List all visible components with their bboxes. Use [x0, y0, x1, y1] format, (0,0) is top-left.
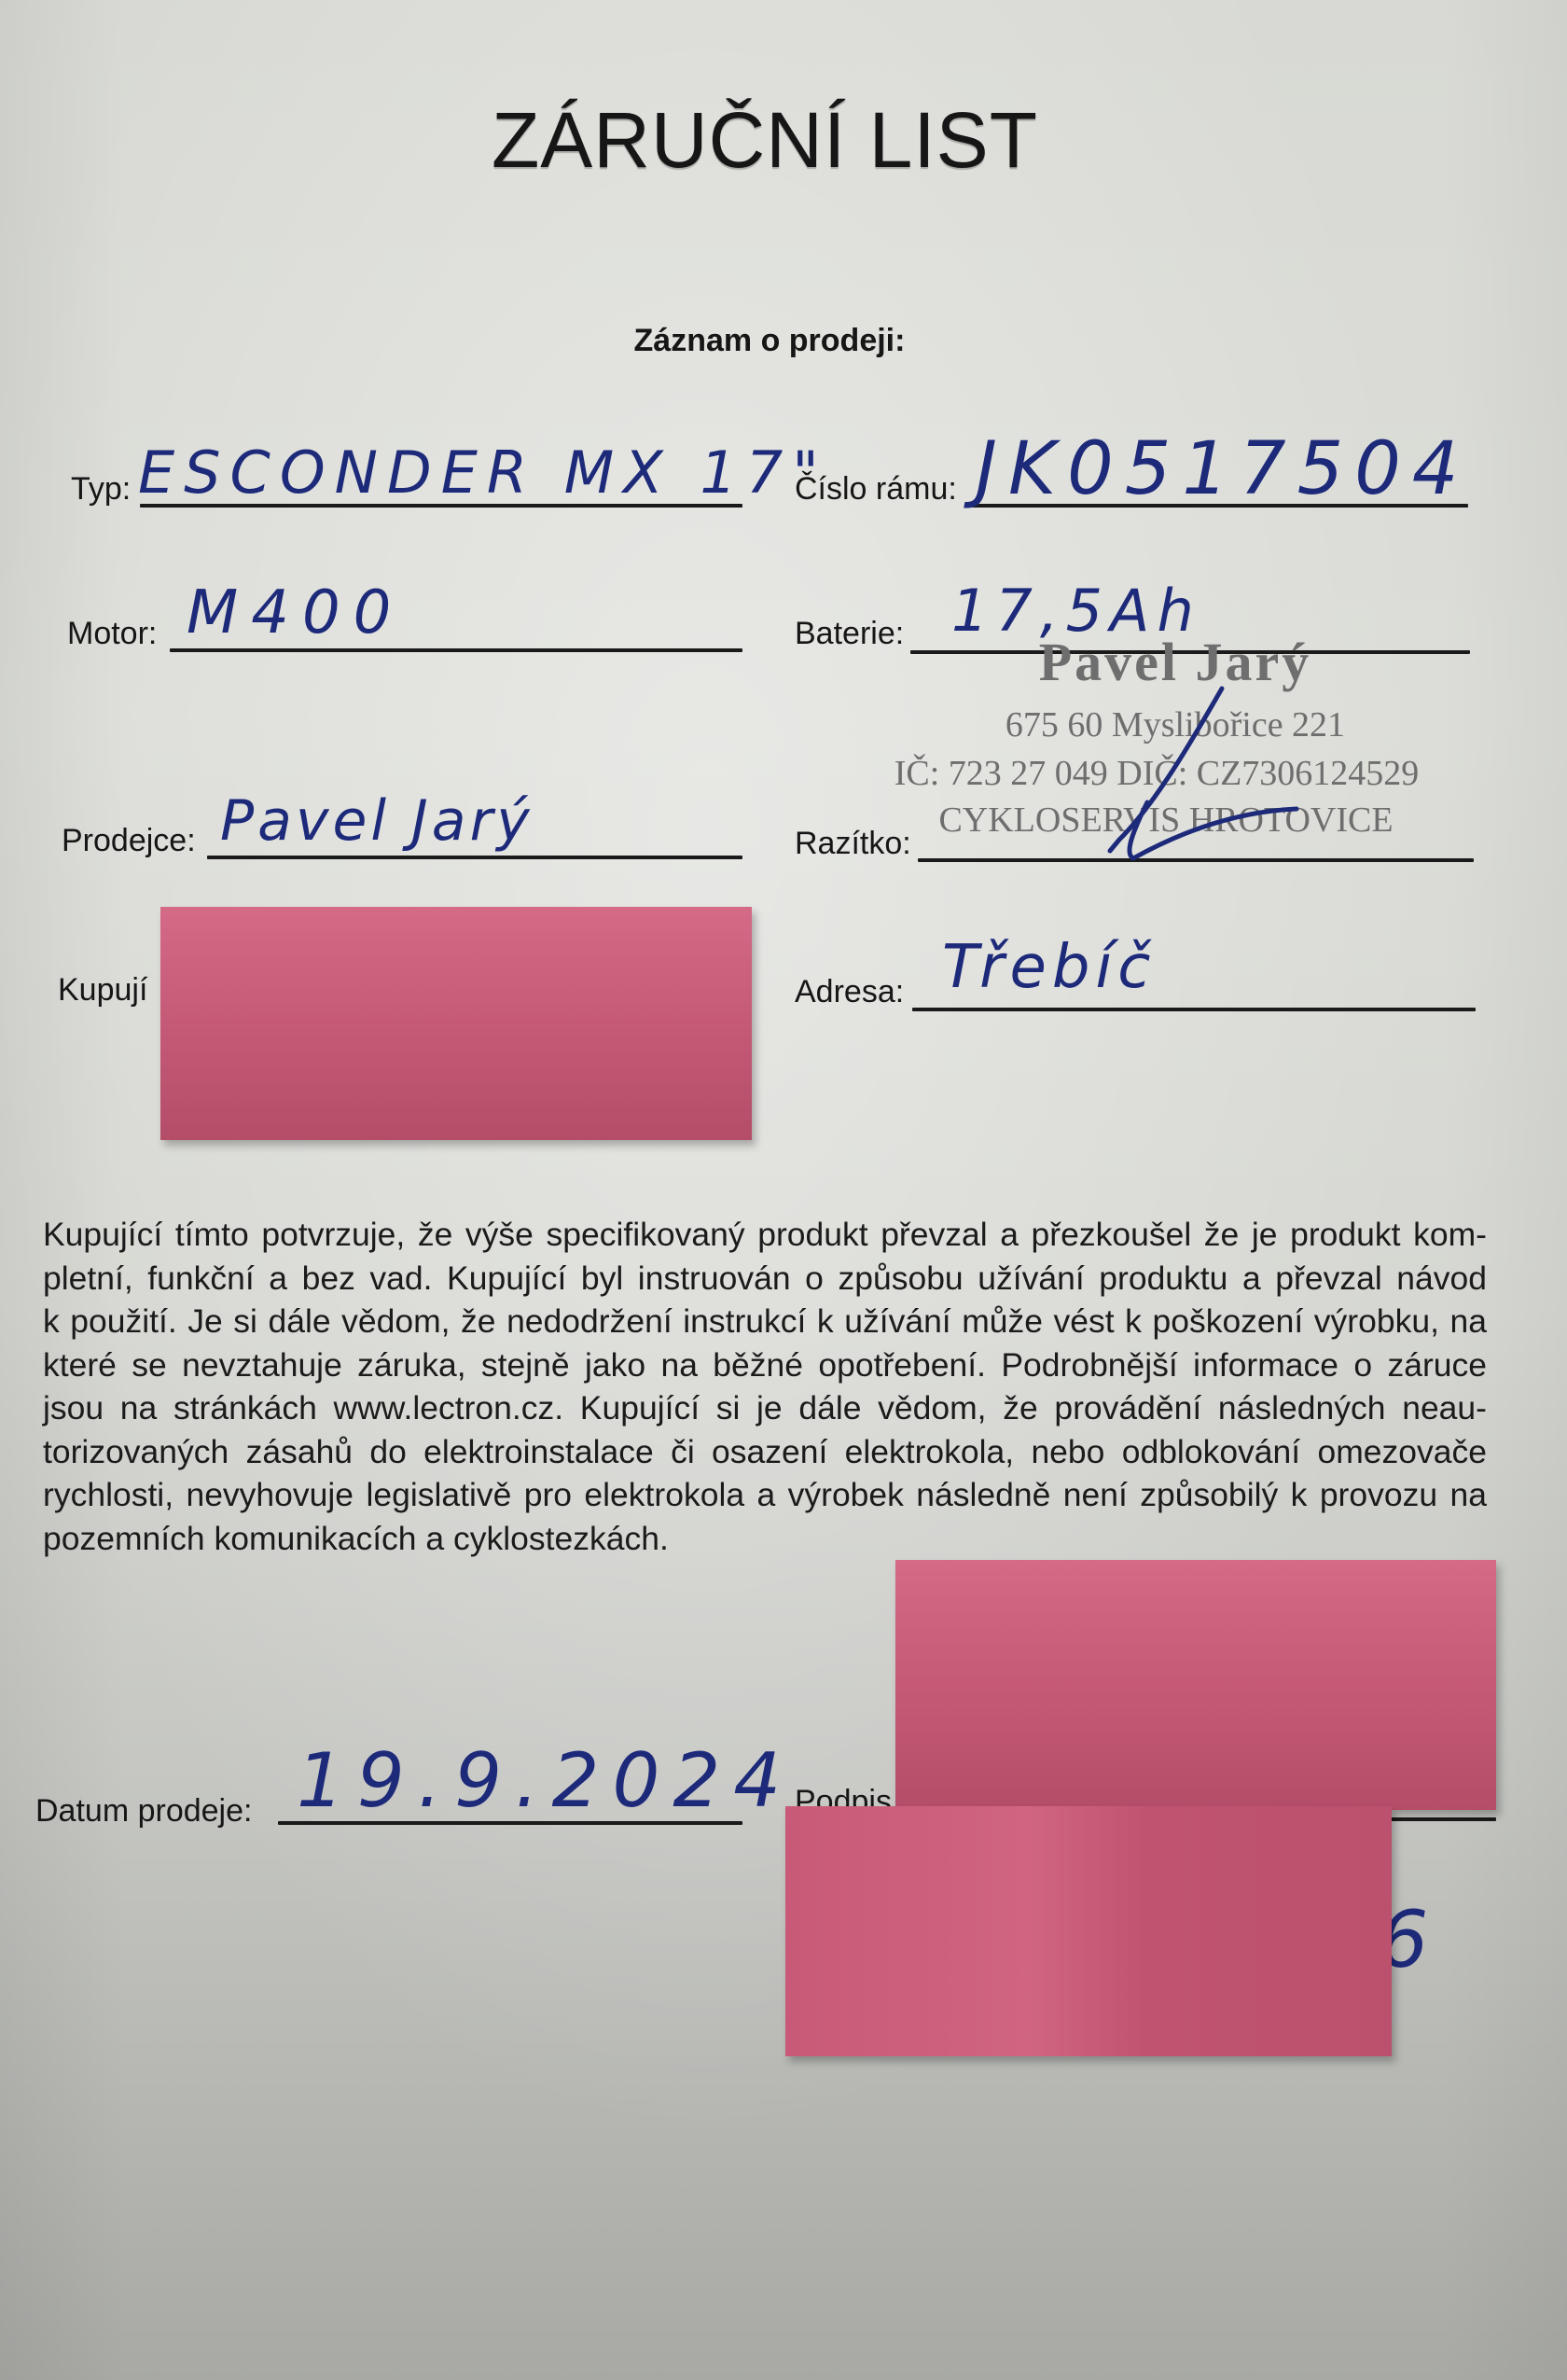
cislo-ramu-value: JK0517504	[976, 427, 1470, 511]
terms-line: Kupující tímto potvrzuje, že výše specif…	[43, 1213, 1487, 1257]
adresa-label: Adresa:	[795, 974, 904, 1010]
cislo-ramu-label: Číslo rámu:	[795, 471, 957, 508]
redaction-sticky-note-signature-lower	[785, 1806, 1392, 2056]
terms-line: pozemních komunikacích a cyklostezkách.	[43, 1517, 1487, 1561]
razitko-label: Razítko:	[795, 826, 911, 862]
terms-paragraph: Kupující tímto potvrzuje, že výše specif…	[43, 1213, 1487, 1560]
adresa-underline	[912, 1008, 1476, 1011]
terms-line: pletní, funkční a bez vad. Kupující byl …	[43, 1257, 1487, 1301]
terms-line: k použití. Je si dále vědom, že nedodrže…	[43, 1300, 1487, 1343]
prodejce-value: Pavel Jarý	[220, 788, 534, 854]
redaction-sticky-note-buyer	[160, 907, 752, 1140]
section-subtitle: Záznam o prodeji:	[0, 323, 1539, 359]
terms-line: torizovaných zásahů do elektroinstalace …	[43, 1430, 1487, 1474]
seller-signature-stroke	[1082, 681, 1380, 868]
prodejce-underline	[207, 856, 742, 859]
motor-value: M400	[187, 578, 404, 647]
typ-value: ESCONDER MX 17"	[138, 438, 828, 507]
datum-prodeje-label: Datum prodeje:	[35, 1793, 252, 1830]
redaction-sticky-note-signature-upper	[895, 1560, 1496, 1810]
document-title: ZÁRUČNÍ LIST	[0, 95, 1530, 186]
terms-line: rychlosti, nevyhovuje legislativě pro el…	[43, 1473, 1487, 1517]
terms-line: které se nevztahuje záruka, stejně jako …	[43, 1343, 1487, 1387]
motor-label: Motor:	[67, 616, 157, 652]
adresa-value: Třebíč	[942, 933, 1156, 1002]
terms-line: jsou na stránkách www.lectron.cz. Kupují…	[43, 1386, 1487, 1430]
motor-underline	[170, 648, 742, 652]
datum-prodeje-value: 19.9.2024	[297, 1737, 794, 1824]
kupujici-label: Kupují	[58, 972, 147, 1009]
prodejce-label: Prodejce:	[62, 823, 196, 859]
typ-label: Typ:	[71, 471, 131, 508]
